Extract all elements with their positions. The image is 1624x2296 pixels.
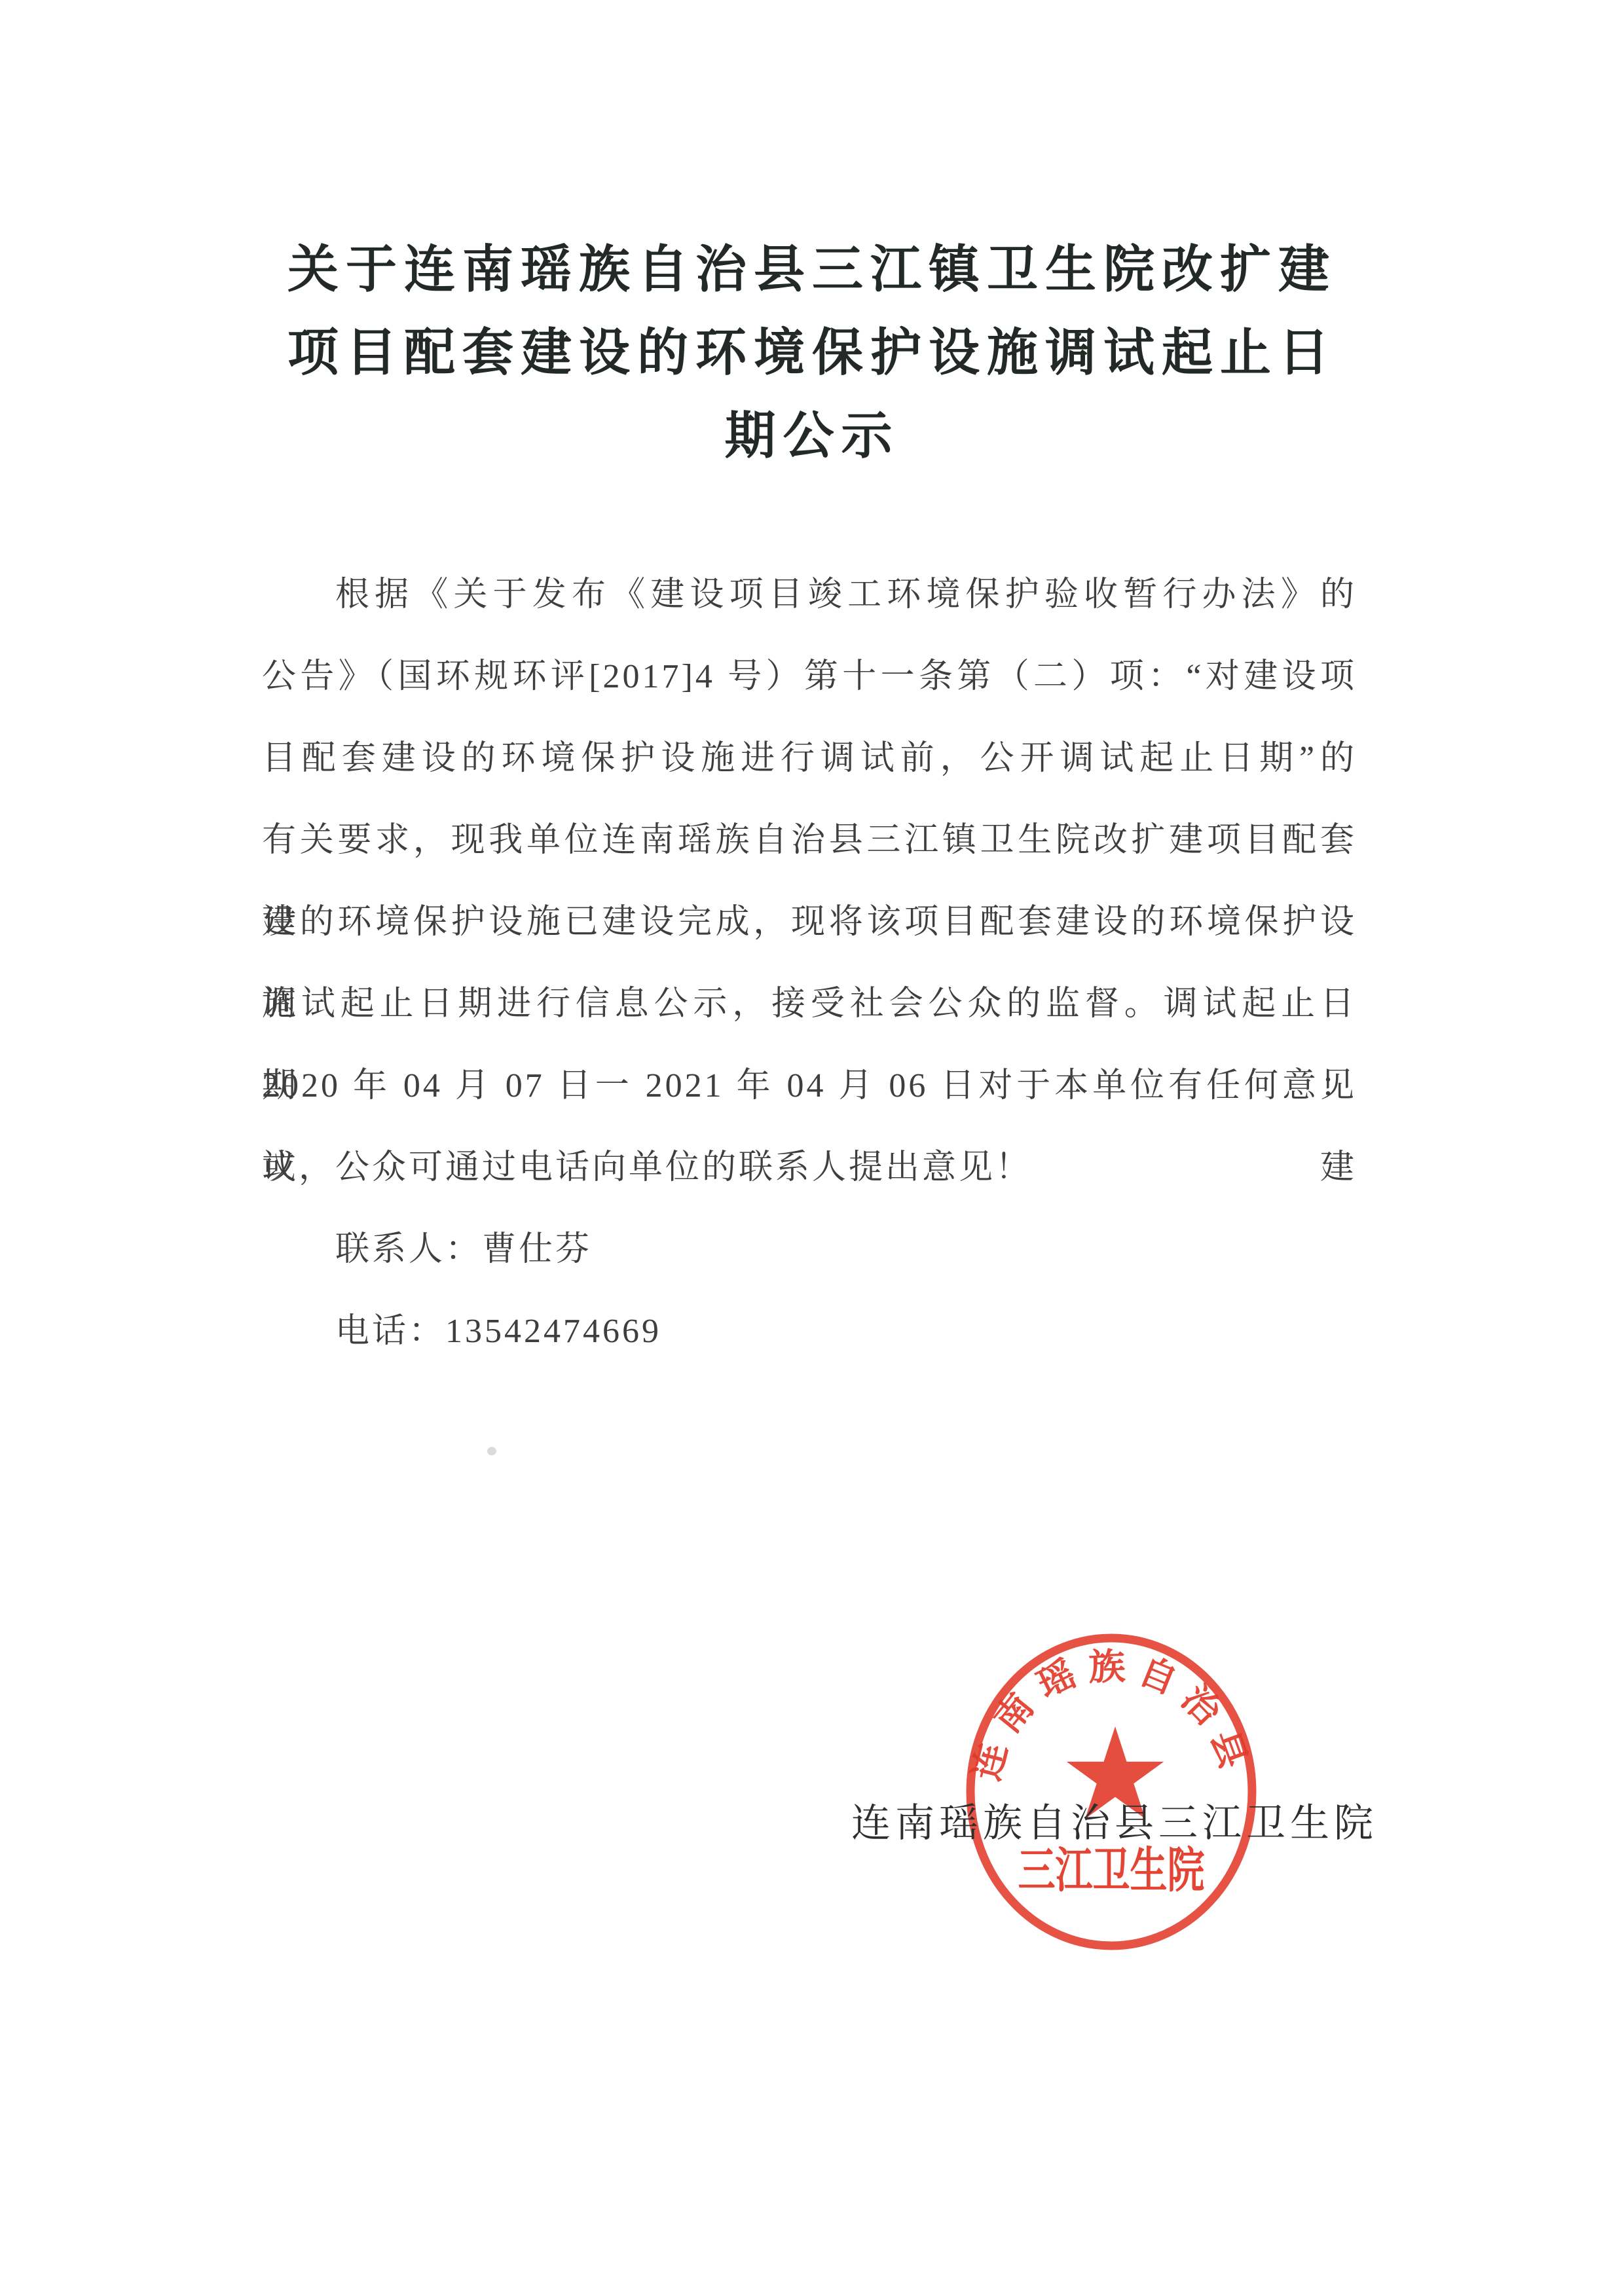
contact-person-line: 联系人：曹仕芬 [262, 1209, 1357, 1290]
official-seal: 连 南 瑶 族 自 治 县 三江卫生院 [904, 1568, 1336, 2003]
title-line-1: 关于连南瑶族自治县三江镇卫生院改扩建 [0, 228, 1624, 311]
body-line: 设的环境保护设施已建设完成，现将该项目配套建设的环境保护设施 [262, 881, 1357, 963]
seal-arc-char: 族 [1088, 1647, 1126, 1688]
title-line-3: 期公示 [0, 394, 1624, 477]
body-line: 公告》（国环规环评[2017]4 号）第十一条第（二）项：“对建设项 [262, 636, 1357, 718]
body-line: 目配套建设的环境保护设施进行调试前，公开调试起止日期”的 [262, 718, 1357, 799]
signature-line: 连南瑶族自治县三江卫生院 [851, 1803, 1378, 1844]
document-body: 根据《关于发布《建设项目竣工环境保护验收暂行办法》的 公告》（国环规环评[201… [262, 554, 1357, 1372]
seal-arc-char: 治 [1173, 1678, 1229, 1734]
contact-phone-line: 电话：13542474669 [262, 1290, 1357, 1372]
seal-arc-char: 南 [987, 1686, 1042, 1741]
document-title: 关于连南瑶族自治县三江镇卫生院改扩建 项目配套建设的环境保护设施调试起止日 期公… [0, 228, 1624, 477]
seal-bottom-text: 三江卫生院 [1018, 1844, 1205, 1898]
body-line: 有关要求，现我单位连南瑶族自治县三江镇卫生院改扩建项目配套建 [262, 799, 1357, 881]
title-line-2: 项目配套建设的环境保护设施调试起止日 [0, 311, 1624, 394]
body-line: 根据《关于发布《建设项目竣工环境保护验收暂行办法》的 [262, 554, 1357, 636]
body-line: 2020 年 04 月 07 日一 2021 年 04 月 06 日对于本单位有… [262, 1045, 1357, 1127]
scanned-document-page: 关于连南瑶族自治县三江镇卫生院改扩建 项目配套建设的环境保护设施调试起止日 期公… [0, 0, 1624, 2296]
body-line: 调试起止日期进行信息公示，接受社会公众的监督。调试起止日期： [262, 963, 1357, 1045]
scan-speck [487, 1447, 496, 1455]
